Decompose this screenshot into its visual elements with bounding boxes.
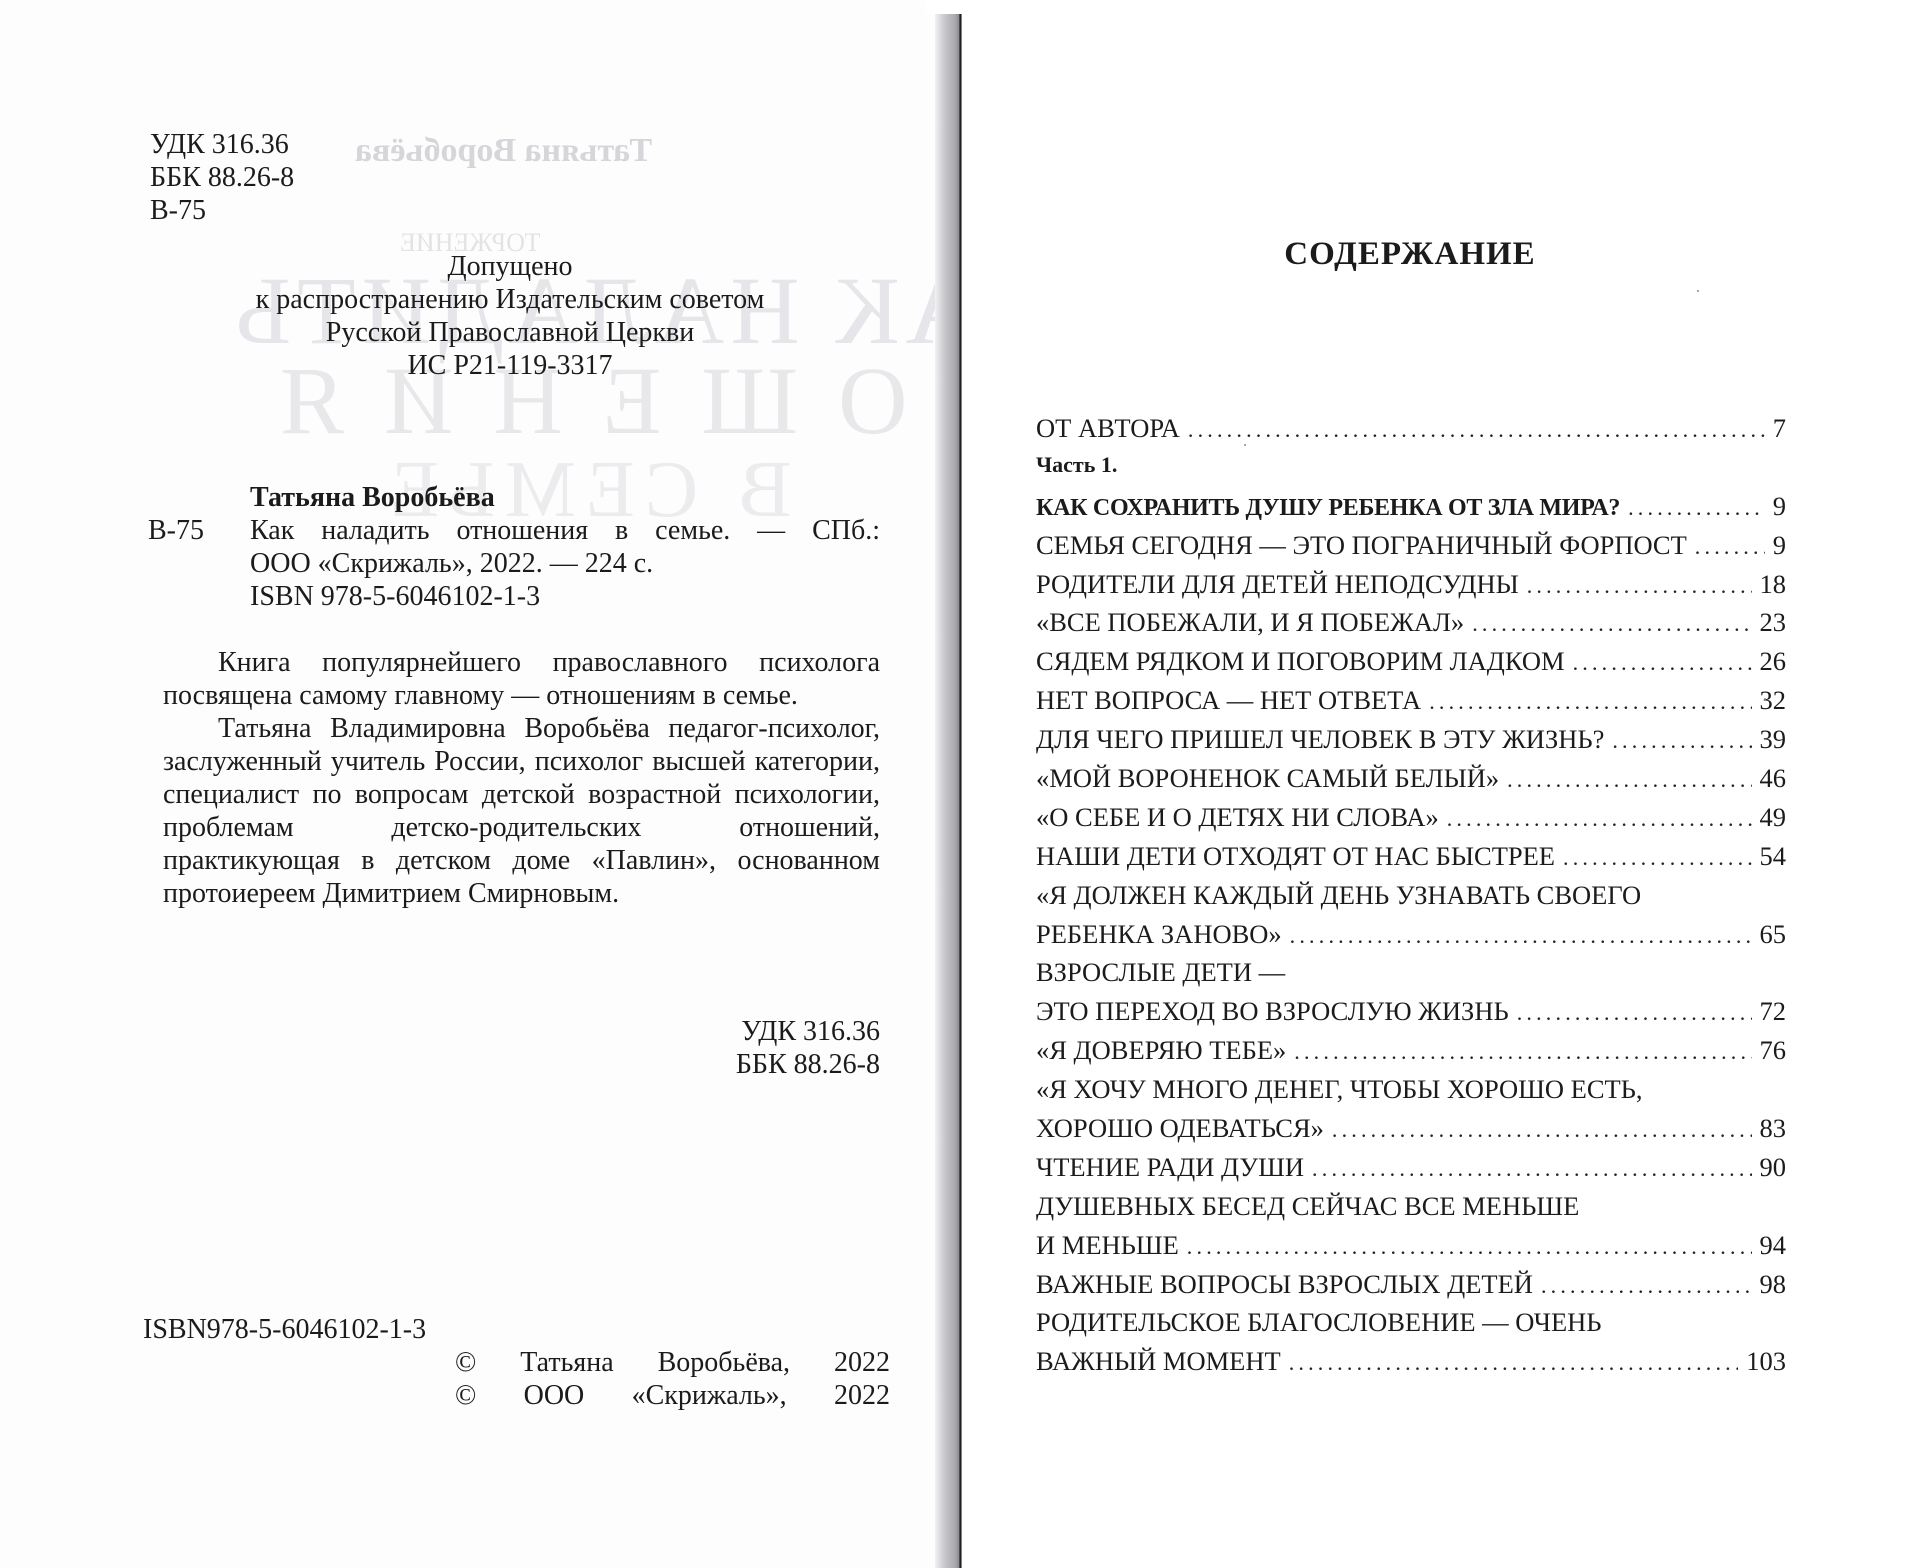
toc-entry: «О СЕБЕ И О ДЕТЯХ НИ СЛОВА»49 xyxy=(1036,802,1786,841)
toc-page-number: 72 xyxy=(1760,996,1787,1027)
copyright-line-author: © Татьяна Воробьёва, 2022 xyxy=(455,1346,890,1379)
isbn-bottom: ISBN978-5-6046102-1-3 xyxy=(143,1313,426,1346)
udk-code: УДК 316.36 xyxy=(580,1015,880,1048)
copyright-line-publisher: © ООО «Скрижаль», 2022 xyxy=(455,1379,890,1412)
toc-leader-dots xyxy=(1563,845,1752,871)
table-of-contents: ОТ АВТОРА7Часть 1.КАК СОХРАНИТЬ ДУШУ РЕБ… xyxy=(1036,413,1786,1385)
toc-leader-dots xyxy=(1312,1156,1751,1182)
toc-entry: Часть 1. xyxy=(1036,452,1786,491)
toc-leader-dots xyxy=(1507,767,1751,793)
toc-entry-title: «О СЕБЕ И О ДЕТЯХ НИ СЛОВА» xyxy=(1036,802,1439,833)
copyright-symbol: © xyxy=(455,1379,476,1412)
copyright-word: Воробьёва, xyxy=(658,1346,790,1379)
toc-entry-title: «Я ДОВЕРЯЮ ТЕБЕ» xyxy=(1036,1035,1286,1066)
toc-page-number: 26 xyxy=(1760,646,1787,677)
toc-page-number: 23 xyxy=(1760,607,1787,638)
toc-page-number: 76 xyxy=(1760,1035,1787,1066)
toc-entry-title: СЕМЬЯ СЕГОДНЯ — ЭТО ПОГРАНИЧНЫЙ ФОРПОСТ xyxy=(1036,530,1687,561)
publishing-council-approval: Допущено к распространению Издательским … xyxy=(150,250,870,382)
copyright-block: © Татьяна Воробьёва, 2022 © ООО «Скрижал… xyxy=(455,1346,890,1412)
toc-leader-dots xyxy=(1187,1234,1752,1260)
toc-entry: СЯДЕМ РЯДКОМ И ПОГОВОРИМ ЛАДКОМ26 xyxy=(1036,646,1786,685)
toc-entry: РЕБЕНКА ЗАНОВО»65 xyxy=(1036,919,1786,958)
copyright-word: «Скрижаль», xyxy=(632,1379,787,1412)
approval-line: Русской Православной Церкви xyxy=(150,316,870,349)
toc-entry-title: «Я ХОЧУ МНОГО ДЕНЕГ, ЧТОБЫ ХОРОШО ЕСТЬ, xyxy=(1036,1074,1643,1105)
toc-entry: ЭТО ПЕРЕХОД ВО ВЗРОСЛУЮ ЖИЗНЬ72 xyxy=(1036,996,1786,1035)
toc-page-number: 18 xyxy=(1760,569,1787,600)
left-page-imprint: Татьяна Воробьёва ТОРЖЕНИЕ КАК НАЛАДИТЬ … xyxy=(0,0,935,1568)
ghost-bleed-author: Татьяна Воробьёва xyxy=(355,132,652,170)
toc-entry: И МЕНЬШЕ94 xyxy=(1036,1230,1786,1269)
toc-entry-title: СЯДЕМ РЯДКОМ И ПОГОВОРИМ ЛАДКОМ xyxy=(1036,646,1565,677)
toc-entry-title: ВАЖНЫЕ ВОПРОСЫ ВЗРОСЛЫХ ДЕТЕЙ xyxy=(1036,1269,1533,1300)
toc-entry-title: КАК СОХРАНИТЬ ДУШУ РЕБЕНКА ОТ ЗЛА МИРА? xyxy=(1036,495,1620,522)
toc-leader-dots xyxy=(1332,1117,1752,1143)
toc-leader-dots xyxy=(1628,495,1765,521)
biblio-publisher-line: ООО «Скрижаль», 2022. — 224 с. xyxy=(250,547,653,580)
toc-page-number: 9 xyxy=(1773,491,1786,522)
toc-page-number: 98 xyxy=(1760,1269,1787,1300)
toc-entry-title: ХОРОШО ОДЕВАТЬСЯ» xyxy=(1036,1113,1324,1144)
scan-speck xyxy=(1697,290,1699,292)
toc-entry-title: Часть 1. xyxy=(1036,452,1117,478)
toc-page-number: 83 xyxy=(1760,1113,1787,1144)
approval-number: ИС Р21-119-3317 xyxy=(150,349,870,382)
toc-entry: «Я ХОЧУ МНОГО ДЕНЕГ, ЧТОБЫ ХОРОШО ЕСТЬ, xyxy=(1036,1074,1786,1113)
toc-entry: СЕМЬЯ СЕГОДНЯ — ЭТО ПОГРАНИЧНЫЙ ФОРПОСТ9 xyxy=(1036,530,1786,569)
toc-entry: ДЛЯ ЧЕГО ПРИШЕЛ ЧЕЛОВЕК В ЭТУ ЖИЗНЬ?39 xyxy=(1036,724,1786,763)
toc-leader-dots xyxy=(1294,1039,1751,1065)
udk-bbk-right: УДК 316.36 ББК 88.26-8 xyxy=(580,1015,880,1081)
toc-entry-title: НЕТ ВОПРОСА — НЕТ ОТВЕТА xyxy=(1036,685,1421,716)
toc-entry-title: НАШИ ДЕТИ ОТХОДЯТ ОТ НАС БЫСТРЕЕ xyxy=(1036,841,1555,872)
toc-page-number: 7 xyxy=(1773,413,1786,444)
approval-line: Допущено xyxy=(150,250,870,283)
toc-entry-title: ВАЖНЫЙ МОМЕНТ xyxy=(1036,1346,1281,1377)
biblio-author-mark: В-75 xyxy=(148,514,204,547)
toc-entry: ОТ АВТОРА7 xyxy=(1036,413,1786,452)
toc-entry: ЧТЕНИЕ РАДИ ДУШИ90 xyxy=(1036,1152,1786,1191)
toc-entry-title: РЕБЕНКА ЗАНОВО» xyxy=(1036,919,1282,950)
toc-entry-title: РОДИТЕЛЬСКОЕ БЛАГОСЛОВЕНИЕ — ОЧЕНЬ xyxy=(1036,1307,1602,1338)
toc-entry: НАШИ ДЕТИ ОТХОДЯТ ОТ НАС БЫСТРЕЕ54 xyxy=(1036,841,1786,880)
toc-entry: ВЗРОСЛЫЕ ДЕТИ — xyxy=(1036,957,1786,996)
contents-title: СОДЕРЖАНИЕ xyxy=(1170,236,1650,273)
toc-leader-dots xyxy=(1695,534,1765,560)
book-abstract: Книга популярнейшего православного психо… xyxy=(163,646,880,910)
copyright-word: Татьяна xyxy=(520,1346,613,1379)
toc-entry: ВАЖНЫЙ МОМЕНТ103 xyxy=(1036,1346,1786,1385)
toc-leader-dots xyxy=(1472,611,1751,637)
copyright-year: 2022 xyxy=(834,1379,890,1412)
copyright-symbol: © xyxy=(455,1346,476,1379)
toc-leader-dots xyxy=(1612,728,1751,754)
toc-entry-title: ОТ АВТОРА xyxy=(1036,413,1180,444)
toc-entry: «Я ДОЛЖЕН КАЖДЫЙ ДЕНЬ УЗНАВАТЬ СВОЕГО xyxy=(1036,880,1786,919)
toc-page-number: 90 xyxy=(1760,1152,1787,1183)
toc-entry-title: «ВСЕ ПОБЕЖАЛИ, И Я ПОБЕЖАЛ» xyxy=(1036,607,1464,638)
bbk-code: ББК 88.26-8 xyxy=(580,1048,880,1081)
toc-leader-dots xyxy=(1188,417,1765,443)
biblio-isbn-line: ISBN 978-5-6046102-1-3 xyxy=(250,580,540,613)
toc-entry-title: ЭТО ПЕРЕХОД ВО ВЗРОСЛУЮ ЖИЗНЬ xyxy=(1036,996,1509,1027)
toc-page-number: 9 xyxy=(1773,530,1786,561)
author-name: Татьяна Воробьёва xyxy=(250,481,495,514)
toc-entry-title: ДУШЕВНЫХ БЕСЕД СЕЙЧАС ВСЕ МЕНЬШЕ xyxy=(1036,1191,1579,1222)
toc-page-number: 103 xyxy=(1746,1346,1786,1377)
toc-page-number: 54 xyxy=(1760,841,1787,872)
toc-leader-dots xyxy=(1447,806,1752,832)
toc-page-number: 65 xyxy=(1760,919,1787,950)
toc-entry: «Я ДОВЕРЯЮ ТЕБЕ»76 xyxy=(1036,1035,1786,1074)
copyright-word: ООО xyxy=(524,1379,585,1412)
toc-leader-dots xyxy=(1290,923,1752,949)
author-bio-paragraph: Татьяна Владимировна Воробьёва педагог-п… xyxy=(163,712,880,910)
toc-entry-title: ДЛЯ ЧЕГО ПРИШЕЛ ЧЕЛОВЕК В ЭТУ ЖИЗНЬ? xyxy=(1036,724,1604,755)
toc-page-number: 46 xyxy=(1760,763,1787,794)
toc-leader-dots xyxy=(1517,1000,1752,1026)
toc-leader-dots xyxy=(1573,650,1752,676)
toc-page-number: 32 xyxy=(1760,685,1787,716)
author-mark: В-75 xyxy=(150,194,294,227)
toc-entry: ВАЖНЫЕ ВОПРОСЫ ВЗРОСЛЫХ ДЕТЕЙ98 xyxy=(1036,1269,1786,1308)
toc-page-number: 39 xyxy=(1760,724,1787,755)
scan-speck xyxy=(1764,698,1766,700)
toc-page-number: 94 xyxy=(1760,1230,1787,1261)
toc-entry: ХОРОШО ОДЕВАТЬСЯ»83 xyxy=(1036,1113,1786,1152)
copyright-year: 2022 xyxy=(834,1346,890,1379)
toc-entry: ДУШЕВНЫХ БЕСЕД СЕЙЧАС ВСЕ МЕНЬШЕ xyxy=(1036,1191,1786,1230)
toc-entry: РОДИТЕЛЬСКОЕ БЛАГОСЛОВЕНИЕ — ОЧЕНЬ xyxy=(1036,1307,1786,1346)
toc-entry-title: РОДИТЕЛИ ДЛЯ ДЕТЕЙ НЕПОДСУДНЫ xyxy=(1036,569,1519,600)
toc-leader-dots xyxy=(1527,573,1752,599)
book-gutter xyxy=(935,14,962,1568)
toc-entry: РОДИТЕЛИ ДЛЯ ДЕТЕЙ НЕПОДСУДНЫ18 xyxy=(1036,569,1786,608)
abstract-paragraph: Книга популярнейшего православного психо… xyxy=(163,646,880,712)
approval-line: к распространению Издательским советом xyxy=(150,283,870,316)
toc-page-number: 49 xyxy=(1760,802,1787,833)
scan-speck xyxy=(1244,444,1246,446)
toc-entry: КАК СОХРАНИТЬ ДУШУ РЕБЕНКА ОТ ЗЛА МИРА?9 xyxy=(1036,491,1786,530)
toc-entry-title: ЧТЕНИЕ РАДИ ДУШИ xyxy=(1036,1152,1304,1183)
toc-leader-dots xyxy=(1541,1273,1752,1299)
udk-bbk-block: УДК 316.36 ББК 88.26-8 В-75 xyxy=(150,128,294,227)
toc-entry: «ВСЕ ПОБЕЖАЛИ, И Я ПОБЕЖАЛ»23 xyxy=(1036,607,1786,646)
bbk-code: ББК 88.26-8 xyxy=(150,161,294,194)
udk-code: УДК 316.36 xyxy=(150,128,294,161)
toc-entry-title: «Я ДОЛЖЕН КАЖДЫЙ ДЕНЬ УЗНАВАТЬ СВОЕГО xyxy=(1036,880,1641,911)
toc-entry: НЕТ ВОПРОСА — НЕТ ОТВЕТА32 xyxy=(1036,685,1786,724)
toc-entry-title: И МЕНЬШЕ xyxy=(1036,1230,1179,1261)
biblio-title-line: Как наладить отношения в семье. — СПб.: xyxy=(250,514,880,547)
toc-entry-title: ВЗРОСЛЫЕ ДЕТИ — xyxy=(1036,957,1285,988)
toc-leader-dots xyxy=(1429,689,1751,715)
toc-leader-dots xyxy=(1289,1350,1739,1376)
toc-entry: «МОЙ ВОРОНЕНОК САМЫЙ БЕЛЫЙ»46 xyxy=(1036,763,1786,802)
toc-entry-title: «МОЙ ВОРОНЕНОК САМЫЙ БЕЛЫЙ» xyxy=(1036,763,1499,794)
